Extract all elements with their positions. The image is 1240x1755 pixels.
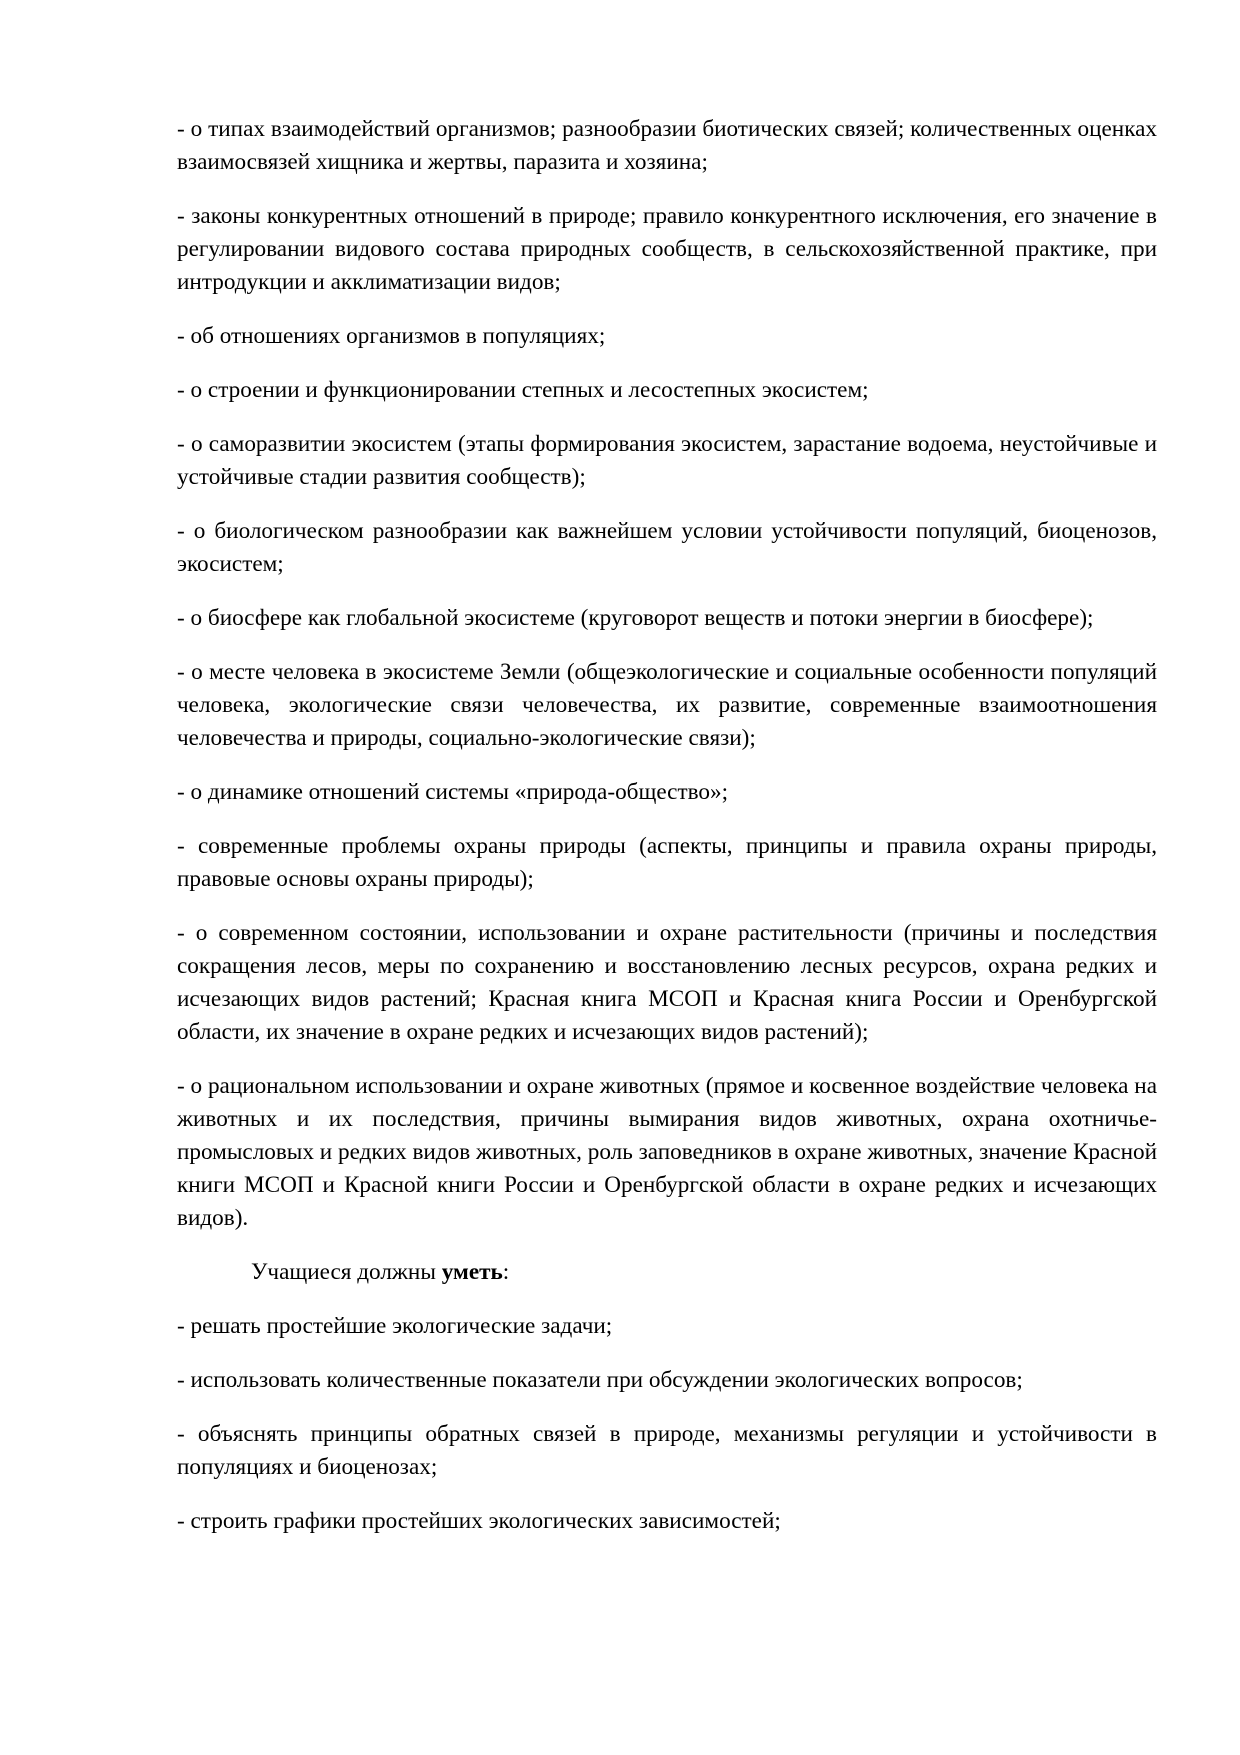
list-item-vegetation: - о современном состоянии, использовании… xyxy=(177,917,1157,1049)
list-item-steppe-ecosystems: - о строении и функционировании степных … xyxy=(177,374,1157,407)
list-item-nature-society: - о динамике отношений системы «природа-… xyxy=(177,776,1157,809)
list-item-biodiversity: - о биологическом разнообразии как важне… xyxy=(177,515,1157,581)
list-item-nature-protection: - современные проблемы охраны природы (а… xyxy=(177,830,1157,896)
document-page: - о типах взаимодействий организмов; раз… xyxy=(177,113,1157,1559)
skill-item-feedback: - объяснять принципы обратных связей в п… xyxy=(177,1418,1157,1484)
list-item-biosphere: - о биосфере как глобальной экосистеме (… xyxy=(177,602,1157,635)
skills-heading-bold: уметь xyxy=(442,1259,503,1285)
skill-item-graphs: - строить графики простейших экологическ… xyxy=(177,1505,1157,1538)
skills-heading-suffix: : xyxy=(503,1259,509,1285)
list-item-human-place: - о месте человека в экосистеме Земли (о… xyxy=(177,656,1157,755)
skill-item-indicators: - использовать количественные показатели… xyxy=(177,1364,1157,1397)
list-item-animals: - о рациональном использовании и охране … xyxy=(177,1070,1157,1235)
list-item-competition: - законы конкурентных отношений в природ… xyxy=(177,200,1157,299)
list-item-self-development: - о саморазвитии экосистем (этапы формир… xyxy=(177,428,1157,494)
list-item-interactions: - о типах взаимодействий организмов; раз… xyxy=(177,113,1157,179)
skills-heading-prefix: Учащиеся должны xyxy=(251,1259,442,1285)
list-item-populations: - об отношениях организмов в популяциях; xyxy=(177,320,1157,353)
skill-item-tasks: - решать простейшие экологические задачи… xyxy=(177,1310,1157,1343)
skills-heading: Учащиеся должны уметь: xyxy=(177,1256,1157,1289)
